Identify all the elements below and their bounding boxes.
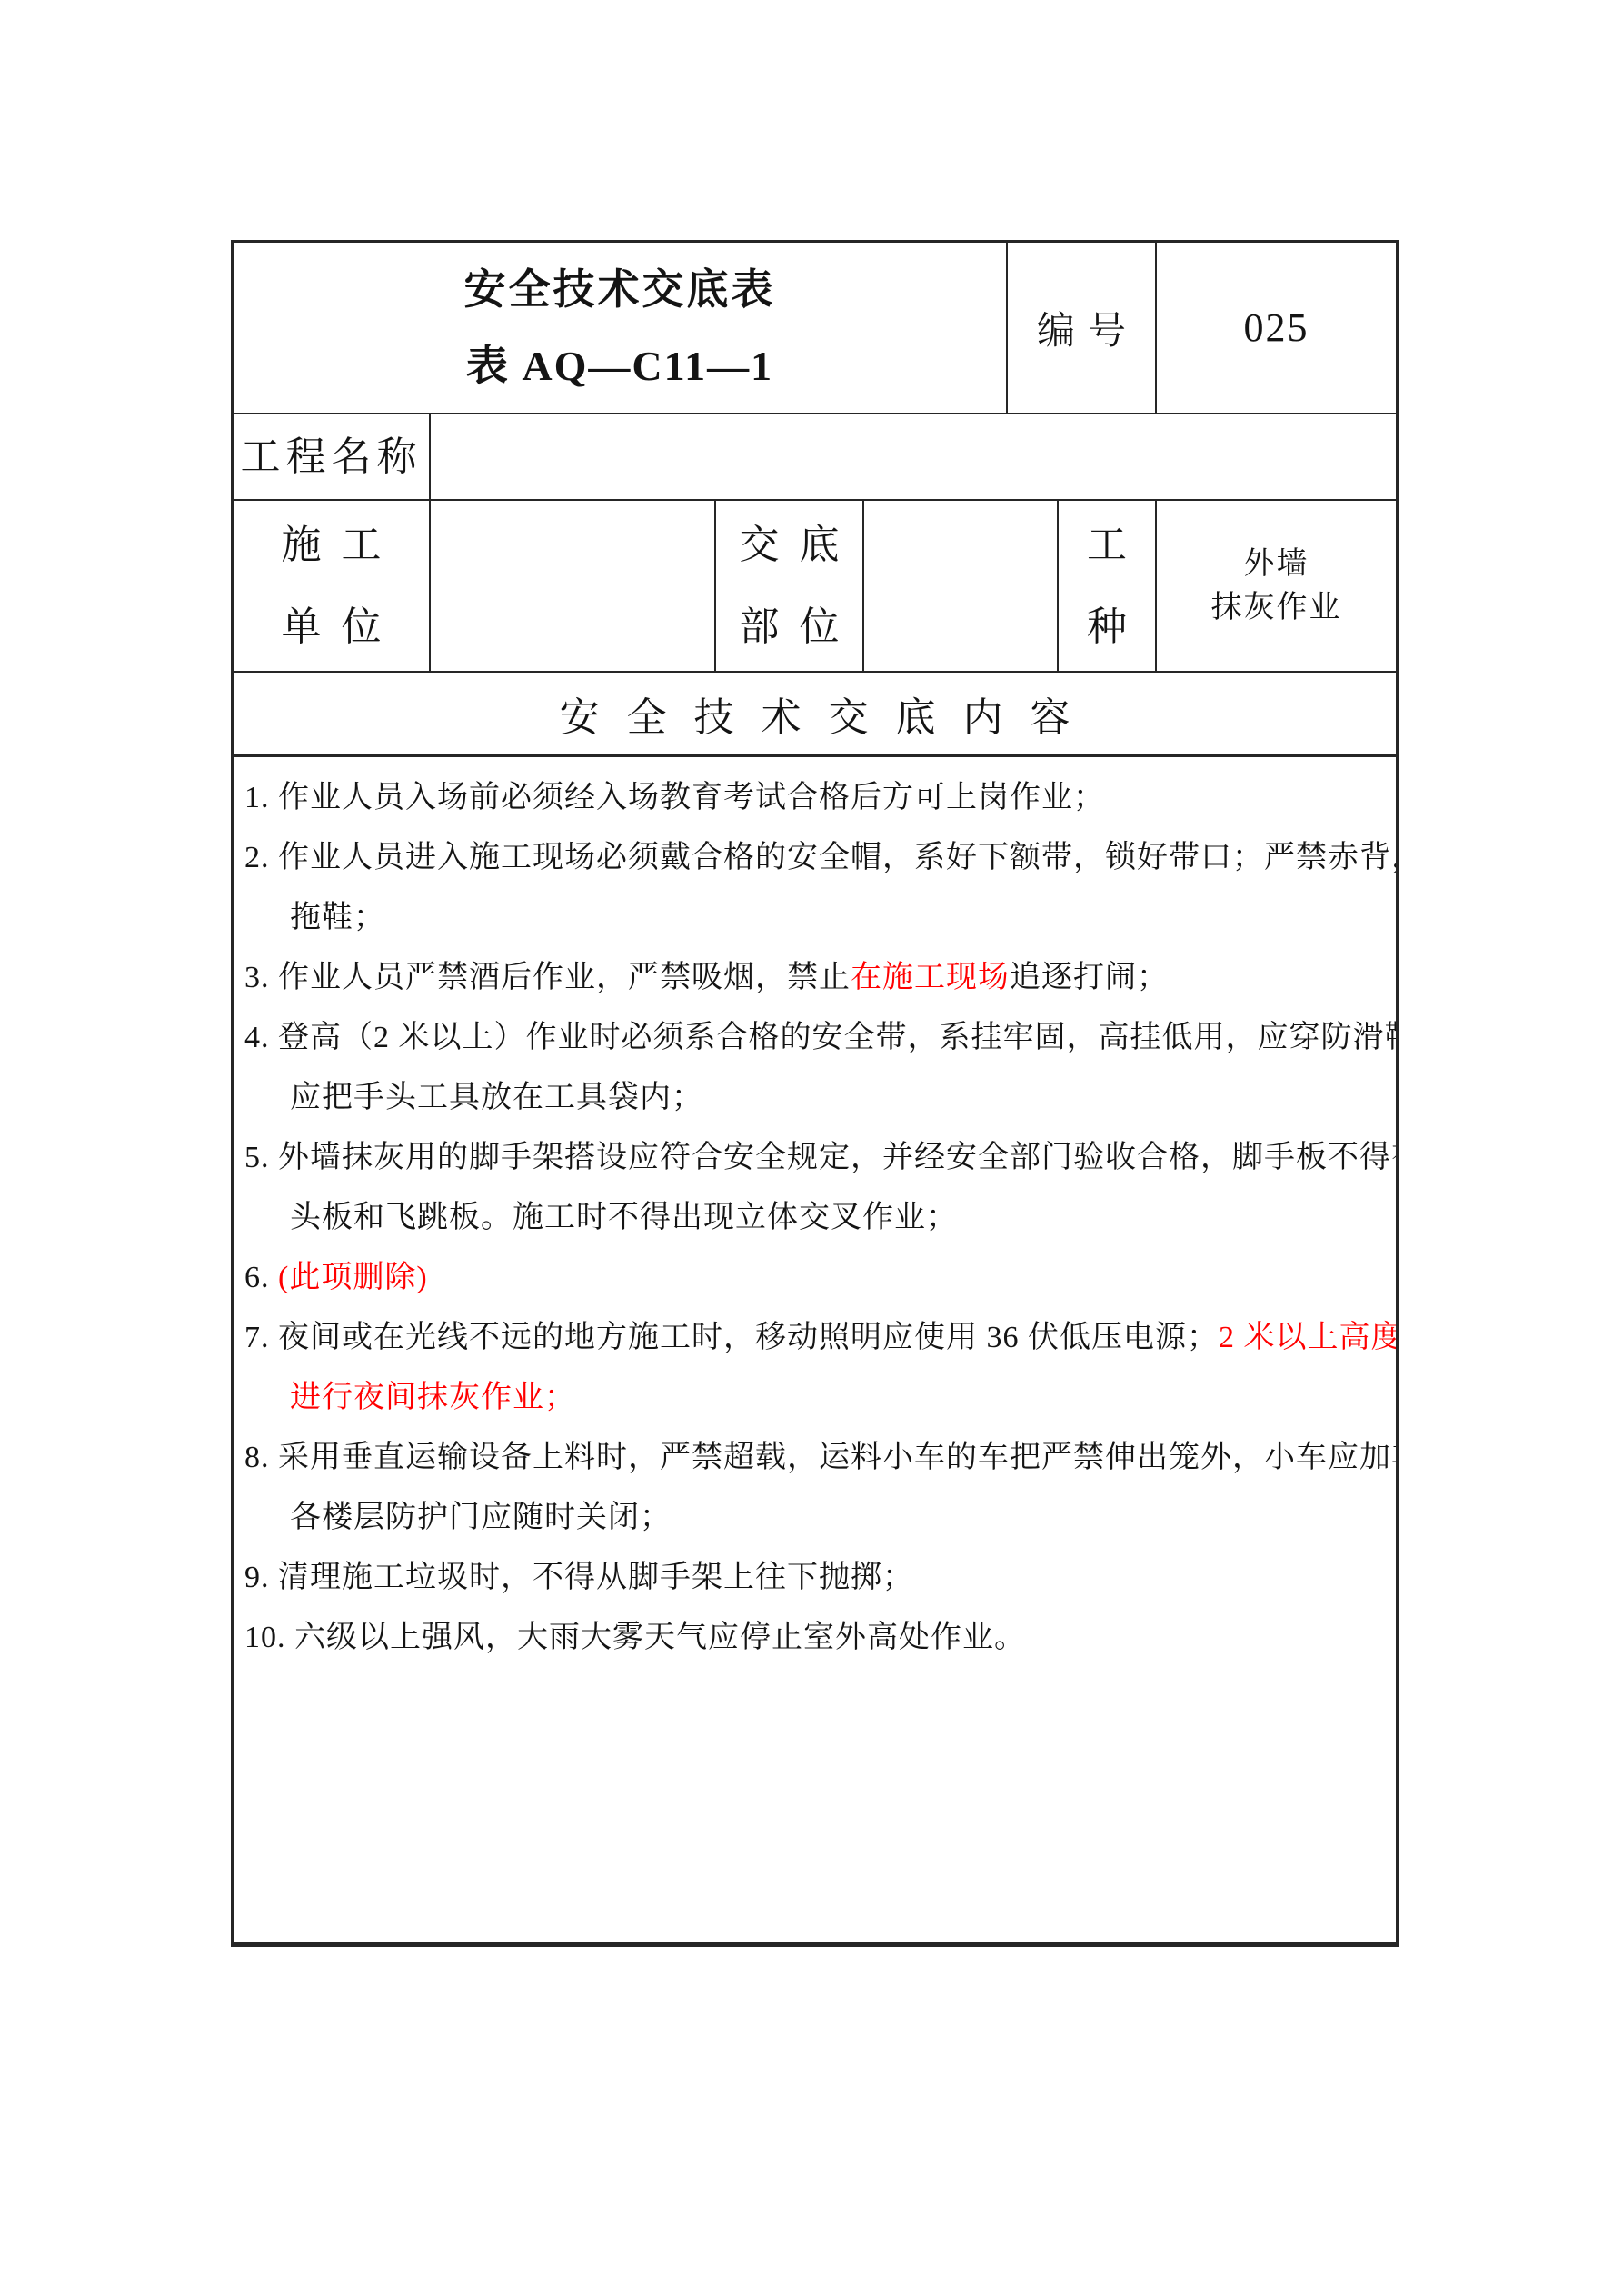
content-line: 8. 采用垂直运输设备上料时，严禁超载，运料小车的车把严禁伸出笼外，小车应加车挡… bbox=[244, 1428, 1396, 1488]
serial-label: 编号 bbox=[1024, 301, 1139, 355]
work-type-value-line1: 外墙 bbox=[1244, 543, 1309, 586]
content-segment: 1. 作业人员入场前必须经入场教育考试合格后方可上岗作业； bbox=[244, 781, 1105, 814]
content-header-cell: 安全技术交底内容 bbox=[234, 673, 1396, 757]
serial-label-cell: 编号 bbox=[1008, 243, 1157, 414]
work-type-label-line2: 种 bbox=[1067, 607, 1147, 647]
work-type-label-cell: 工 种 bbox=[1059, 501, 1157, 673]
content-line: 9. 清理施工垃圾时，不得从脚手架上往下抛掷； bbox=[244, 1548, 1396, 1608]
doc-title: 安全技术交底表 bbox=[464, 269, 776, 311]
content-segment-red: 在施工现场 bbox=[851, 961, 1010, 994]
work-type-value-cell: 外墙 抹灰作业 bbox=[1157, 501, 1396, 673]
content-segment: 2. 作业人员进入施工现场必须戴合格的安全帽，系好下额带，锁好带口；严禁赤背，穿 bbox=[244, 841, 1396, 874]
form-code: 表 AQ—C11—1 bbox=[466, 345, 773, 387]
title-cell: 安全技术交底表 表 AQ—C11—1 bbox=[234, 243, 1008, 414]
content-segment: 追逐打闹； bbox=[1010, 961, 1169, 994]
contractor-label-line1: 施工 bbox=[262, 525, 402, 565]
serial-value-cell: 025 bbox=[1157, 243, 1396, 414]
work-type-label-line1: 工 bbox=[1067, 525, 1147, 565]
content-line: 各楼层防护门应随时关闭； bbox=[244, 1488, 1396, 1548]
disclosure-part-label-line1: 交底 bbox=[720, 525, 860, 565]
content-line: 5. 外墙抹灰用的脚手架搭设应符合安全规定，并经安全部门验收合格，脚手板不得有探 bbox=[244, 1128, 1396, 1188]
content-segment: 5. 外墙抹灰用的脚手架搭设应符合安全规定，并经安全部门验收合格，脚手板不得有探 bbox=[244, 1141, 1396, 1174]
contractor-label-line2: 单位 bbox=[262, 607, 402, 647]
document-page: 安全技术交底表 表 AQ—C11—1 编号 025 工程名称 施工 单位 交底 … bbox=[0, 0, 1623, 2296]
safety-disclosure-table: 安全技术交底表 表 AQ—C11—1 编号 025 工程名称 施工 单位 交底 … bbox=[231, 240, 1399, 1947]
content-segment: 应把手头工具放在工具袋内； bbox=[290, 1081, 703, 1114]
disclosure-part-label-line2: 部位 bbox=[720, 607, 860, 647]
content-segment: 9. 清理施工垃圾时，不得从脚手架上往下抛掷； bbox=[244, 1561, 914, 1594]
disclosure-part-value-cell bbox=[864, 501, 1059, 673]
content-segment: 头板和飞跳板。施工时不得出现立体交叉作业； bbox=[290, 1201, 958, 1234]
content-cell: 1. 作业人员入场前必须经入场教育考试合格后方可上岗作业；2. 作业人员进入施工… bbox=[234, 757, 1396, 1942]
work-type-value-line2: 抹灰作业 bbox=[1211, 586, 1342, 630]
content-line: 头板和飞跳板。施工时不得出现立体交叉作业； bbox=[244, 1188, 1396, 1248]
content-segment: 各楼层防护门应随时关闭； bbox=[290, 1501, 672, 1534]
content-segment: 8. 采用垂直运输设备上料时，严禁超载，运料小车的车把严禁伸出笼外，小车应加车挡… bbox=[244, 1441, 1396, 1474]
content-segment-red: 2 米以上高度不得 bbox=[1219, 1321, 1396, 1354]
project-name-value-cell bbox=[431, 414, 1396, 501]
project-name-label-cell: 工程名称 bbox=[234, 414, 431, 501]
disclosure-part-label-cell: 交底 部位 bbox=[716, 501, 864, 673]
content-line: 10. 六级以上强风，大雨大雾天气应停止室外高处作业。 bbox=[244, 1608, 1396, 1668]
content-segment: 10. 六级以上强风，大雨大雾天气应停止室外高处作业。 bbox=[244, 1621, 1026, 1654]
content-segment: 7. 夜间或在光线不远的地方施工时，移动照明应使用 36 伏低压电源； bbox=[244, 1321, 1219, 1354]
content-line: 拖鞋； bbox=[244, 888, 1396, 948]
project-name-label: 工程名称 bbox=[241, 437, 423, 477]
serial-value: 025 bbox=[1244, 304, 1309, 351]
content-line: 进行夜间抹灰作业； bbox=[244, 1368, 1396, 1428]
content-segment-red: (此项删除) bbox=[278, 1261, 428, 1294]
content-segment: 4. 登高（2 米以上）作业时必须系合格的安全带，系挂牢固，高挂低用，应穿防滑鞋… bbox=[244, 1021, 1396, 1054]
content-segment: 拖鞋； bbox=[290, 901, 385, 934]
content-header: 安全技术交底内容 bbox=[533, 684, 1098, 743]
content-line: 6. (此项删除) bbox=[244, 1248, 1396, 1308]
content-segment: 6. bbox=[244, 1261, 278, 1294]
content-line: 3. 作业人员严禁酒后作业，严禁吸烟，禁止在施工现场追逐打闹； bbox=[244, 948, 1396, 1008]
content-line: 2. 作业人员进入施工现场必须戴合格的安全帽，系好下额带，锁好带口；严禁赤背，穿 bbox=[244, 828, 1396, 888]
content-line: 1. 作业人员入场前必须经入场教育考试合格后方可上岗作业； bbox=[244, 768, 1396, 828]
content-line: 7. 夜间或在光线不远的地方施工时，移动照明应使用 36 伏低压电源；2 米以上… bbox=[244, 1308, 1396, 1368]
content-line: 应把手头工具放在工具袋内； bbox=[244, 1068, 1396, 1128]
content-segment-red: 进行夜间抹灰作业； bbox=[290, 1381, 576, 1414]
content-segment: 3. 作业人员严禁酒后作业，严禁吸烟，禁止 bbox=[244, 961, 851, 994]
contractor-value-cell bbox=[431, 501, 716, 673]
contractor-label-cell: 施工 单位 bbox=[234, 501, 431, 673]
content-line: 4. 登高（2 米以上）作业时必须系合格的安全带，系挂牢固，高挂低用，应穿防滑鞋… bbox=[244, 1008, 1396, 1068]
content-lines: 1. 作业人员入场前必须经入场教育考试合格后方可上岗作业；2. 作业人员进入施工… bbox=[244, 768, 1396, 1668]
